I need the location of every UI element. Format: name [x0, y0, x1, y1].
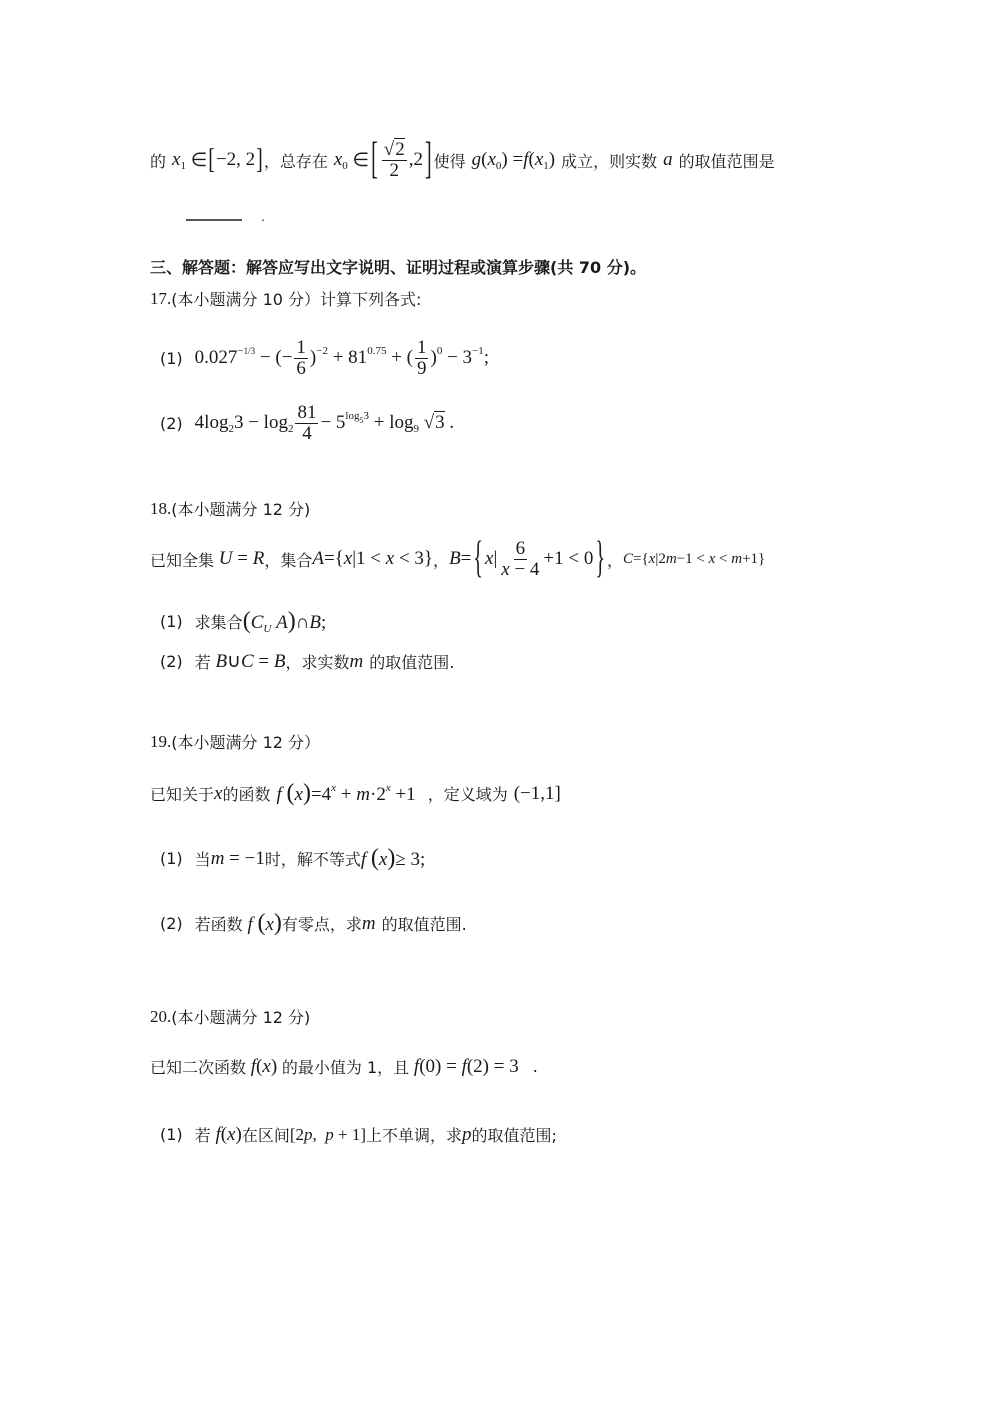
stem-end: . — [533, 1057, 538, 1076]
part-text-2: 时，解不等式 — [265, 847, 361, 870]
question-17-part-1: (1) 0.027−1/3 − (− 16 )−2 + 810.75 + ( 1… — [160, 333, 489, 383]
question-18-part-1: (1) 求集合 (CU A)∩B; — [160, 608, 326, 635]
question-header: (本小题满分 12 分) — [171, 1005, 310, 1028]
inequality: f (x)≥ 3; — [361, 845, 425, 872]
answer-blank[interactable] — [186, 209, 242, 221]
set-b-cond: +1 < 0 — [543, 548, 593, 570]
question-19-header: 19. (本小题满分 12 分） — [150, 730, 320, 753]
element-of-symbol-2: ∈ — [348, 149, 369, 172]
part-2-expression: 4log23 − log2 — [195, 412, 294, 434]
question-header: (本小题满分 10 分）计算下列各式: — [171, 287, 421, 310]
universal-set: U — [214, 548, 232, 570]
function-ref: f(x) — [246, 1056, 282, 1078]
continuation-mid3: 成立，则实数 — [561, 149, 657, 172]
set-a: A — [312, 548, 324, 570]
part-text-3: 上不单调，求 — [366, 1123, 462, 1146]
answer-blank-line: . — [186, 206, 265, 225]
section-title: 三、解答题：解答应写出文字说明、证明过程或演算步骤(共 70 分)。 — [150, 255, 646, 278]
set-b: B — [449, 548, 461, 570]
g-arg: (x0) = — [481, 149, 523, 171]
x1-interval: −2, 2 — [216, 149, 255, 171]
comma-two: ,2 — [409, 149, 423, 171]
stem-text-3: ，定义域为 — [428, 782, 508, 805]
question-17-part-2: (2) 4log23 − log2 814 − 5log53 + log9 √3… — [160, 398, 454, 448]
stem-text-2: 的最小值为 1，且 — [282, 1055, 409, 1078]
part-1-expression: 0.027−1/3 − (− — [195, 347, 293, 369]
left-bracket: [ — [208, 144, 215, 176]
part-label: (1) — [160, 1125, 183, 1144]
var-x: x — [214, 783, 222, 805]
g-equation: g — [472, 149, 482, 171]
stem-text-1: 已知全集 — [150, 548, 214, 571]
x0-var: x0 — [334, 149, 348, 171]
continuation-line: 的 x1 ∈ [ −2, 2 ] ，总存在 x0 ∈ [ √22 ,2 ] 使得… — [150, 135, 775, 185]
stem-text-2: ，集合 — [264, 548, 312, 571]
question-20-part-1: (1) 若 f(x) 在区间 [2p, p + 1] 上不单调，求 p 的取值范… — [160, 1123, 557, 1146]
element-of-symbol: ∈ — [186, 149, 207, 172]
continuation-prefix: 的 — [150, 149, 166, 172]
part-expression: (CU A)∩B; — [243, 608, 327, 635]
var-m: m — [362, 913, 376, 935]
part-expression: B∪C = B — [211, 650, 286, 673]
expr-segment-end: )0 − 3−1; — [430, 347, 489, 369]
question-20-stem: 已知二次函数 f(x) 的最小值为 1，且 f(0) = f(2) = 3 . — [150, 1055, 538, 1078]
set-b-open: = — [461, 548, 472, 570]
bar: | — [493, 548, 497, 570]
part-text: 若函数 — [195, 912, 243, 935]
part-label: (2) — [160, 414, 183, 433]
left-brace: { — [473, 534, 483, 585]
question-header: (本小题满分 12 分） — [171, 730, 320, 753]
var-m: m — [350, 651, 364, 673]
blank-suffix: . — [261, 210, 265, 224]
right-big-bracket: ] — [425, 135, 432, 186]
stem-text-2: 的函数 — [222, 782, 270, 805]
part-label: (1) — [160, 849, 183, 868]
question-19-stem: 已知关于 x 的函数 f (x)=4x + m·2x +1 ，定义域为 (−1,… — [150, 780, 561, 807]
question-19-part-1: (1) 当 m = −1 时，解不等式 f (x)≥ 3; — [160, 845, 425, 872]
part-text-2: 在区间 — [242, 1123, 290, 1146]
question-number: 19. — [150, 732, 171, 752]
function-def: f (x)=4x + m·2x +1 — [276, 780, 415, 807]
question-19-part-2: (2) 若函数 f (x) 有零点，求 m 的取值范围. — [160, 910, 467, 937]
part-text-2: ，求实数 — [285, 650, 349, 673]
part-text-3: 的取值范围. — [382, 912, 467, 935]
question-number: 18. — [150, 499, 171, 519]
sqrt2-over-2: √22 — [382, 140, 407, 181]
continuation-mid2: 使得 — [434, 149, 466, 172]
set-a-def: ={x|1 < x < 3} — [324, 548, 433, 570]
var-a: a — [663, 149, 673, 171]
continuation-end: 的取值范围是 — [679, 149, 775, 172]
f-arg: (x1) — [528, 149, 555, 171]
expr-segment: )−2 + 810.75 + ( — [310, 347, 413, 369]
left-big-bracket: [ — [371, 135, 378, 186]
question-20-header: 20. (本小题满分 12 分) — [150, 1005, 310, 1028]
var-p: p — [462, 1124, 472, 1146]
stem-text-1: 已知二次函数 — [150, 1055, 246, 1078]
x1-var: x1 — [172, 149, 186, 171]
question-18-header: 18. (本小题满分 12 分) — [150, 497, 310, 520]
part-text-2: 有零点，求 — [282, 912, 362, 935]
fraction-1-9: 19 — [415, 338, 429, 379]
part-text: 若 — [195, 650, 211, 673]
equals: = — [233, 548, 253, 570]
part-text-3: 的取值范围. — [369, 650, 454, 673]
part-text: 求集合 — [195, 610, 243, 633]
question-17-header: 17. (本小题满分 10 分）计算下列各式: — [150, 287, 421, 310]
fraction-6-over-x-4: 6x − 4 — [499, 539, 541, 580]
part-text-4: 的取值范围; — [472, 1123, 557, 1146]
part-label: (1) — [160, 612, 183, 631]
condition: m = −1 — [211, 848, 265, 870]
question-18-part-2: (2) 若 B∪C = B ，求实数 m 的取值范围. — [160, 650, 454, 673]
expr-segment: − 5log53 + log9 √3 . — [320, 412, 454, 434]
fraction-1-6: 16 — [294, 338, 308, 379]
condition: f(0) = f(2) = 3 — [409, 1056, 519, 1078]
question-number: 17. — [150, 289, 171, 309]
part-text: 当 — [195, 847, 211, 870]
stem-text-1: 已知关于 — [150, 782, 214, 805]
interval: [2p, p + 1] — [290, 1125, 366, 1145]
function-ref: f (x) — [243, 910, 282, 937]
right-bracket: ] — [256, 144, 263, 176]
part-label: (1) — [160, 349, 183, 368]
part-label: (2) — [160, 652, 183, 671]
continuation-mid1: ，总存在 — [264, 149, 328, 172]
question-18-stem: 已知全集 U = R ，集合 A={x|1 < x < 3} ， B= { x|… — [150, 534, 765, 584]
domain: (−1,1] — [514, 783, 561, 805]
part-label: (2) — [160, 914, 183, 933]
right-brace: } — [595, 534, 605, 585]
question-number: 20. — [150, 1007, 171, 1027]
part-text: 若 — [195, 1123, 211, 1146]
set-c-def: C={x|2m−1 < x < m+1} — [623, 551, 765, 568]
x-var: x — [485, 548, 493, 570]
comma: ， — [433, 548, 449, 571]
fraction-81-4: 814 — [295, 403, 318, 444]
question-header: (本小题满分 12 分) — [171, 497, 310, 520]
function-ref: f(x) — [211, 1124, 242, 1146]
comma-2: ， — [607, 548, 623, 571]
reals: R — [253, 548, 265, 570]
